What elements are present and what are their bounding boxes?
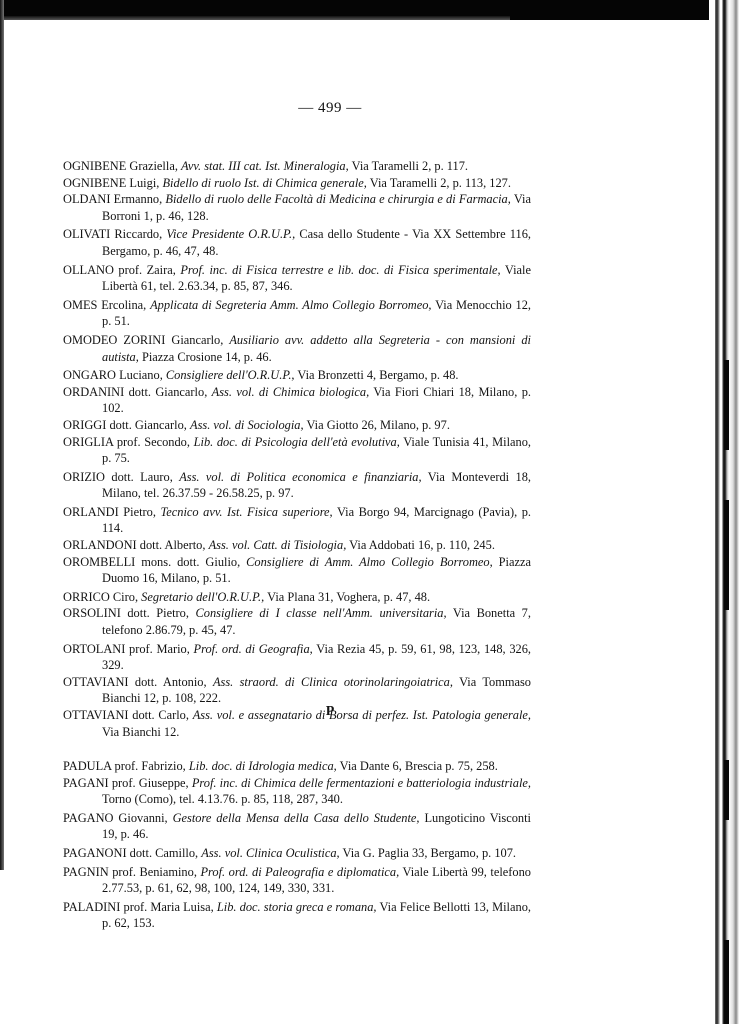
directory-entry: ORRICO Ciro, Segretario dell'O.R.U.P., V… — [63, 589, 531, 606]
directory-entry: ORIZIO dott. Lauro, Ass. vol. di Politic… — [63, 469, 531, 502]
directory-entry: ORSOLINI dott. Pietro, Consigliere di I … — [63, 605, 531, 638]
directory-entry: PAGANONI dott. Camillo, Ass. vol. Clinic… — [63, 845, 531, 862]
directory-entry: OLIVATI Riccardo, Vice Presidente O.R.U.… — [63, 226, 531, 259]
directory-entry: ORIGGI dott. Giancarlo, Ass. vol. di Soc… — [63, 417, 531, 434]
scan-binding-edge — [709, 0, 739, 1024]
directory-entry: OTTAVIANI dott. Antonio, Ass. straord. d… — [63, 674, 531, 707]
directory-entry: PADULA prof. Fabrizio, Lib. doc. di Idro… — [63, 758, 531, 775]
entry-list-p: PADULA prof. Fabrizio, Lib. doc. di Idro… — [63, 758, 531, 932]
section-heading-letter: P — [0, 704, 660, 720]
directory-entry: OMES Ercolina, Applicata di Segreteria A… — [63, 297, 531, 330]
directory-entry: PALADINI prof. Maria Luisa, Lib. doc. st… — [63, 899, 531, 932]
directory-entry: ORLANDONI dott. Alberto, Ass. vol. Catt.… — [63, 537, 531, 554]
directory-entry: PAGANI prof. Giuseppe, Prof. inc. di Chi… — [63, 775, 531, 808]
directory-entry: OLDANI Ermanno, Bidello di ruolo delle F… — [63, 191, 531, 224]
binding-mark — [724, 360, 729, 450]
directory-entry: PAGNIN prof. Beniamino, Prof. ord. di Pa… — [63, 864, 531, 897]
directory-entry: ONGARO Luciano, Consigliere dell'O.R.U.P… — [63, 367, 531, 384]
directory-entry: ORDANINI dott. Giancarlo, Ass. vol. di C… — [63, 384, 531, 417]
directory-entry: OGNIBENE Luigi, Bidello di ruolo Ist. di… — [63, 175, 531, 192]
entry-list-o: OGNIBENE Graziella, Avv. stat. III cat. … — [63, 158, 531, 740]
binding-mark — [724, 760, 729, 820]
directory-entry: OROMBELLI mons. dott. Giulio, Consiglier… — [63, 554, 531, 587]
directory-entry: ORIGLIA prof. Secondo, Lib. doc. di Psic… — [63, 434, 531, 467]
directory-entry: OGNIBENE Graziella, Avv. stat. III cat. … — [63, 158, 531, 175]
binding-mark — [724, 940, 729, 1024]
directory-entry: PAGANO Giovanni, Gestore della Mensa del… — [63, 810, 531, 843]
directory-entry: ORTOLANI prof. Mario, Prof. ord. di Geog… — [63, 641, 531, 674]
scan-left-edge — [0, 0, 4, 870]
directory-entry: OMODEO ZORINI Giancarlo, Ausiliario avv.… — [63, 332, 531, 365]
directory-entry: ORLANDI Pietro, Tecnico avv. Ist. Fisica… — [63, 504, 531, 537]
scan-top-shadow — [0, 16, 510, 20]
directory-entry: OLLANO prof. Zaira, Prof. inc. di Fisica… — [63, 262, 531, 295]
binding-mark — [724, 500, 729, 610]
page-number: — 499 — — [0, 100, 660, 117]
